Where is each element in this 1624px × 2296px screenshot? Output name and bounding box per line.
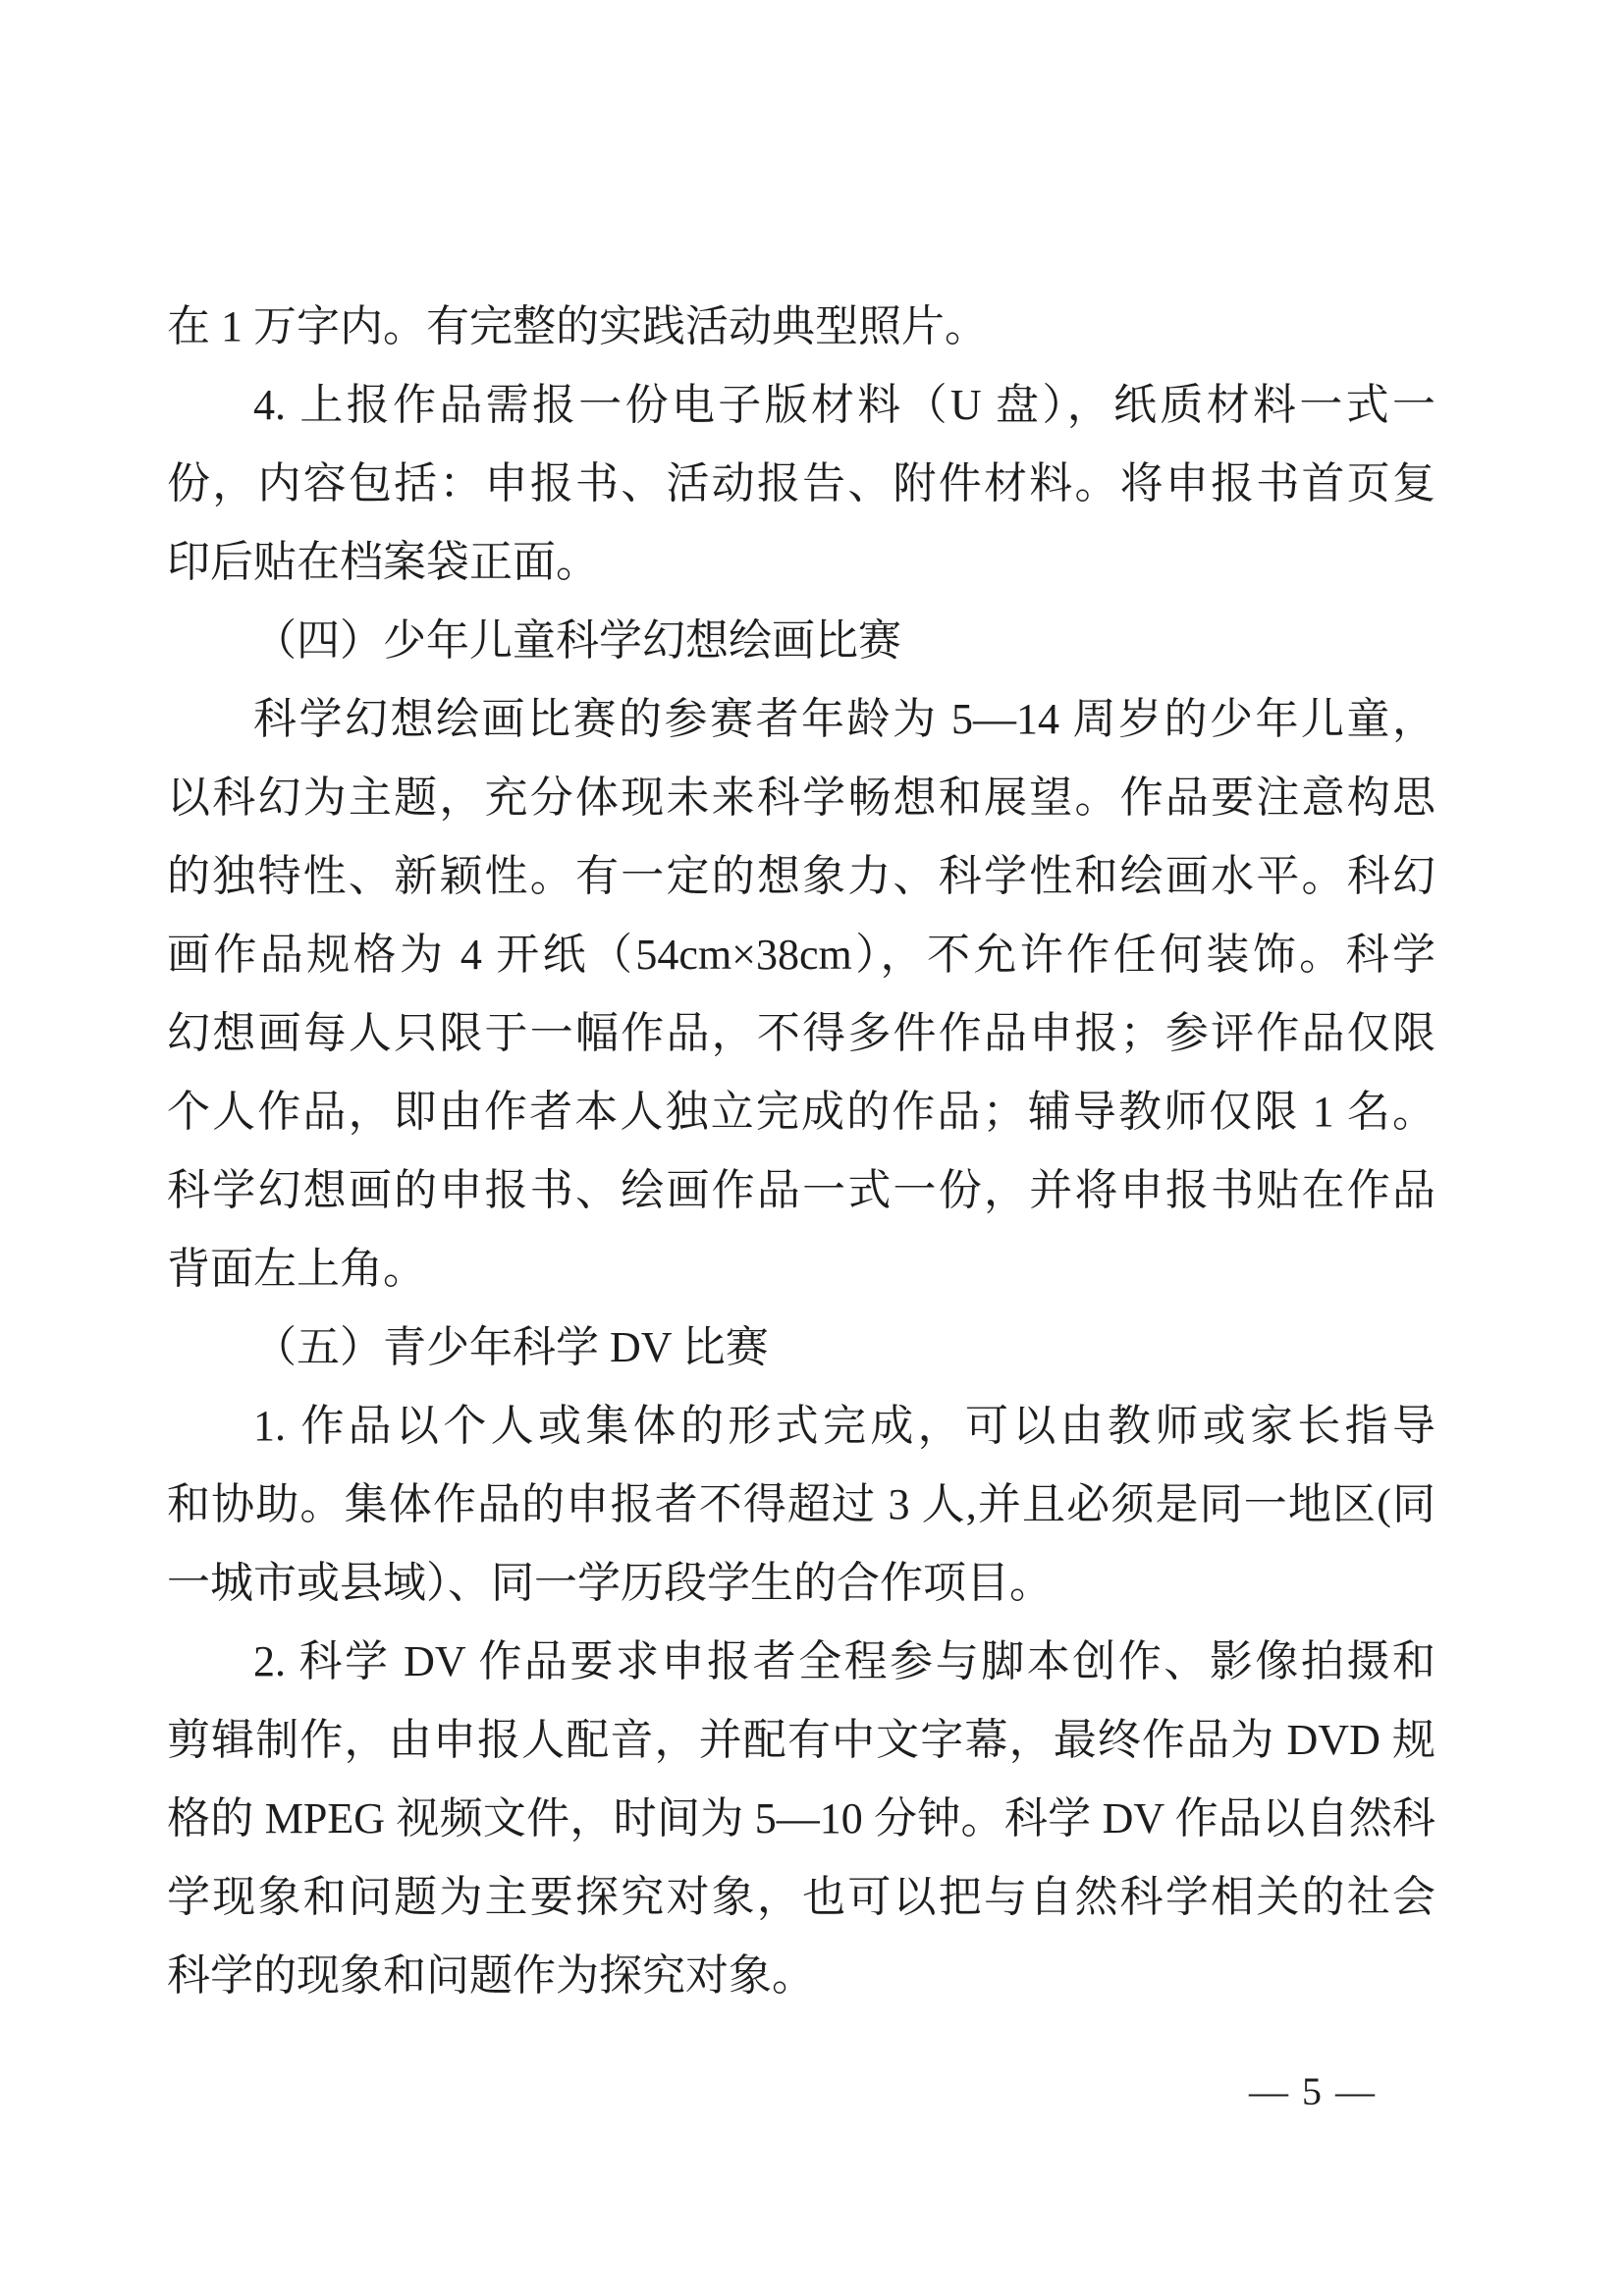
text-line: 4. 上报作品需报一份电子版材料（U 盘），纸质材料一式一: [167, 366, 1435, 445]
text-line: 2. 科学 DV 作品要求申报者全程参与脚本创作、影像拍摄和: [167, 1623, 1435, 1701]
text-line: 1. 作品以个人或集体的形式完成，可以由教师或家长指导: [167, 1387, 1435, 1466]
text-line: 画作品规格为 4 开纸（54cm×38cm），不允许作任何装饰。科学: [167, 916, 1435, 994]
text-line: （五）青少年科学 DV 比赛: [167, 1308, 1435, 1387]
text-line: 学现象和问题为主要探究对象，也可以把与自然科学相关的社会: [167, 1858, 1435, 1937]
text-line: 在 1 万字内。有完整的实践活动典型照片。: [167, 288, 1435, 366]
text-line: 科学幻想绘画比赛的参赛者年龄为 5—14 周岁的少年儿童，: [167, 680, 1435, 759]
text-line: 的独特性、新颖性。有一定的想象力、科学性和绘画水平。科幻: [167, 837, 1435, 916]
text-line: 份，内容包括：申报书、活动报告、附件材料。将申报书首页复: [167, 445, 1435, 523]
text-line: 一城市或县域）、同一学历段学生的合作项目。: [167, 1544, 1435, 1623]
text-line: 幻想画每人只限于一幅作品，不得多件作品申报；参评作品仅限: [167, 994, 1435, 1073]
text-line: 背面左上角。: [167, 1230, 1435, 1308]
text-line: 科学的现象和问题作为探究对象。: [167, 1937, 1435, 2015]
page-number: — 5 —: [1249, 2067, 1377, 2116]
text-line: 格的 MPEG 视频文件，时间为 5—10 分钟。科学 DV 作品以自然科: [167, 1780, 1435, 1858]
text-line: （四）少年儿童科学幻想绘画比赛: [167, 602, 1435, 680]
text-line: 科学幻想画的申报书、绘画作品一式一份，并将申报书贴在作品: [167, 1151, 1435, 1230]
text-line: 印后贴在档案袋正面。: [167, 523, 1435, 602]
document-page: 在 1 万字内。有完整的实践活动典型照片。4. 上报作品需报一份电子版材料（U …: [0, 0, 1624, 2296]
text-line: 剪辑制作，由申报人配音，并配有中文字幕，最终作品为 DVD 规: [167, 1701, 1435, 1780]
text-line: 和协助。集体作品的申报者不得超过 3 人,并且必须是同一地区(同: [167, 1466, 1435, 1544]
document-text-block: 在 1 万字内。有完整的实践活动典型照片。4. 上报作品需报一份电子版材料（U …: [167, 288, 1435, 2015]
text-line: 个人作品，即由作者本人独立完成的作品；辅导教师仅限 1 名。: [167, 1073, 1435, 1151]
text-line: 以科幻为主题，充分体现未来科学畅想和展望。作品要注意构思: [167, 759, 1435, 837]
